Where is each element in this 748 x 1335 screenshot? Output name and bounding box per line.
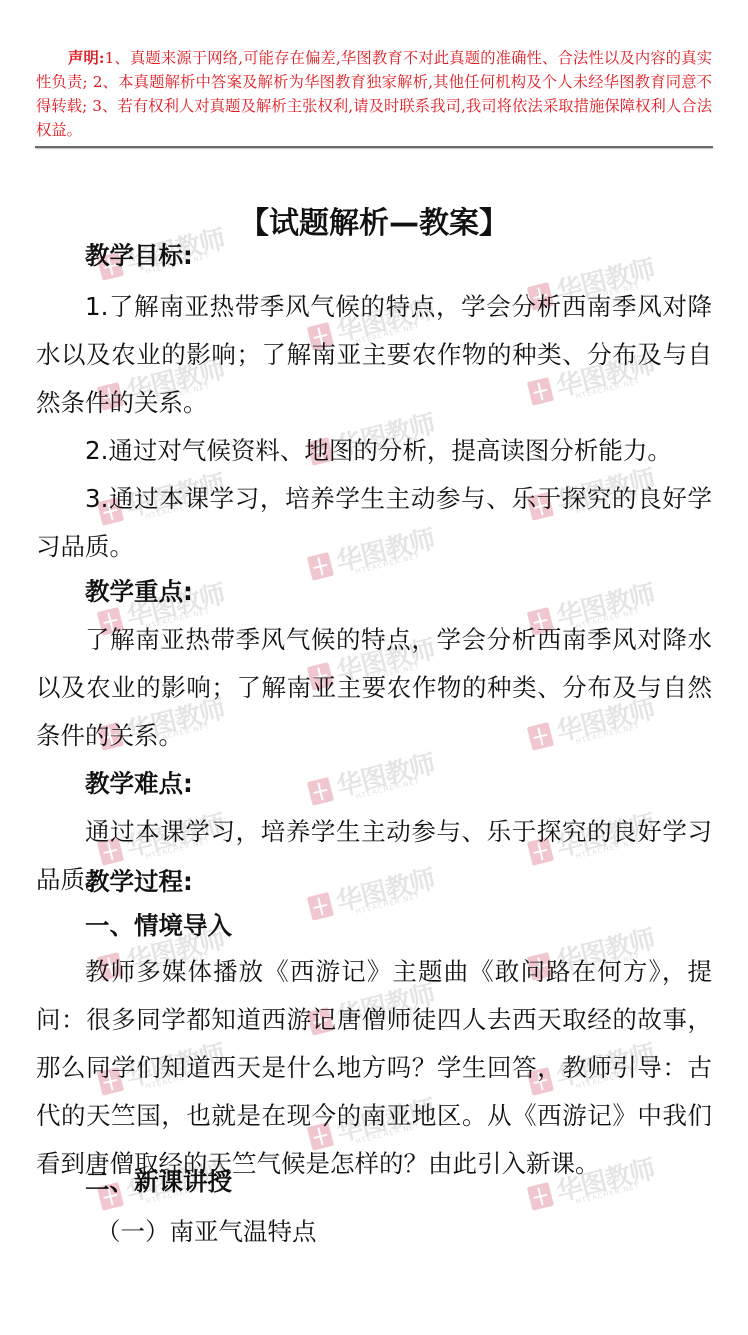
- list-item: （一）南亚气温特点: [36, 1208, 712, 1256]
- subsection-heading-new-lesson: 二、新课讲授: [36, 1158, 712, 1206]
- disclaimer: 声明:1、真题来源于网络,可能存在偏差,华图教育不对此真题的准确性、合法性以及内…: [36, 46, 712, 142]
- key-points-paragraph: 了解南亚热带季风气候的特点，学会分析西南季风对降水以及农业的影响；了解南亚主要农…: [36, 616, 712, 760]
- objective-paragraph: 2.通过对气候资料、地图的分析，提高读图分析能力。: [36, 427, 712, 475]
- section-heading-process: 教学过程:: [36, 858, 712, 906]
- section-heading-objectives: 教学目标:: [36, 232, 712, 280]
- subsection-heading-intro: 一、情境导入: [36, 902, 712, 950]
- header-divider: [35, 146, 713, 148]
- objective-paragraph: 3.通过本课学习，培养学生主动参与、乐于探究的良好学习品质。: [36, 475, 712, 571]
- disclaimer-text: 1、真题来源于网络,可能存在偏差,华图教育不对此真题的准确性、合法性以及内容的真…: [36, 49, 712, 139]
- disclaimer-label: 声明:: [68, 49, 105, 67]
- objective-paragraph: 1.了解南亚热带季风气候的特点，学会分析西南季风对降水以及农业的影响；了解南亚主…: [36, 283, 712, 427]
- intro-paragraph: 教师多媒体播放《西游记》主题曲《敢问路在何方》，提问：很多同学都知道西游记唐僧师…: [36, 948, 712, 1188]
- section-heading-difficulties: 教学难点:: [36, 760, 712, 808]
- section-heading-key-points: 教学重点:: [36, 568, 712, 616]
